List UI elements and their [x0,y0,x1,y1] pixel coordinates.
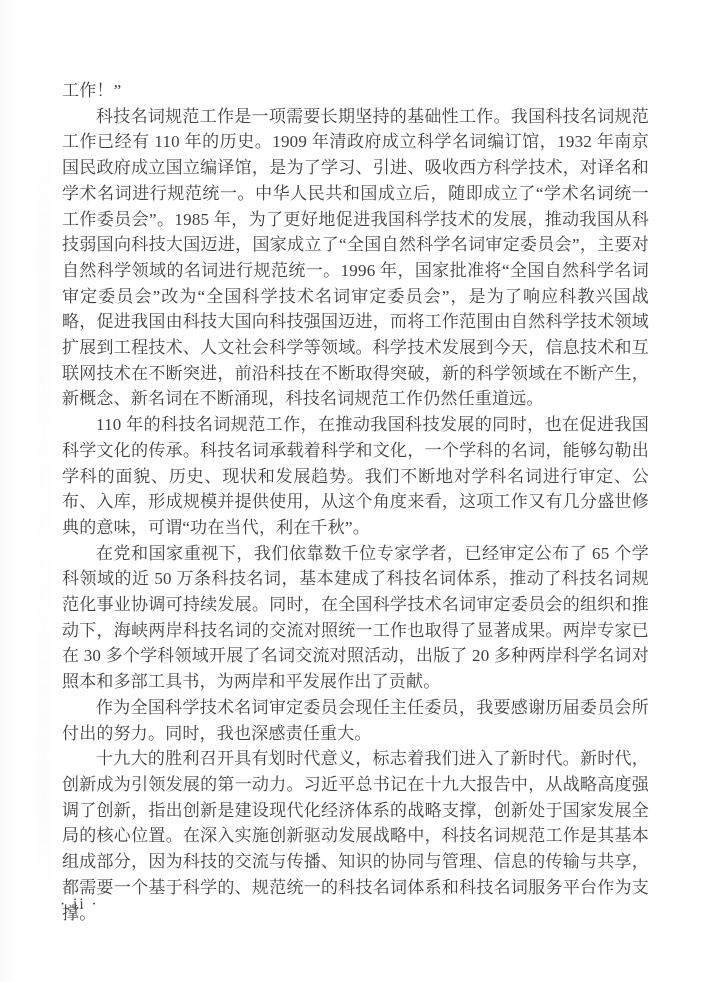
document-page: 工作！”科技名词规范工作是一项需要长期坚持的基础性工作。我国科技名词规范工作已经… [0,0,706,982]
paragraph: 110 年的科技名词规范工作，在推动我国科技发展的同时，也在促进我国科学文化的传… [62,412,649,541]
paragraph: 工作！” [62,78,649,104]
text-body: 工作！”科技名词规范工作是一项需要长期坚持的基础性工作。我国科技名词规范工作已经… [62,78,649,926]
paragraph: 作为全国科学技术名词审定委员会现任主任委员，我要感谢历届委员会所付出的努力。同时… [62,695,649,746]
paragraph: 科技名词规范工作是一项需要长期坚持的基础性工作。我国科技名词规范工作已经有 11… [62,104,649,412]
paragraph: 十九大的胜利召开具有划时代意义，标志着我们进入了新时代。新时代，创新成为引领发展… [62,746,649,926]
scan-smudge-artifact [36,90,50,922]
paragraph: 在党和国家重视下，我们依靠数千位专家学者，已经审定公布了 65 个学科领域的近 … [62,541,649,695]
page-number: · ii · [60,896,99,914]
scan-edge-shadow [0,0,26,982]
